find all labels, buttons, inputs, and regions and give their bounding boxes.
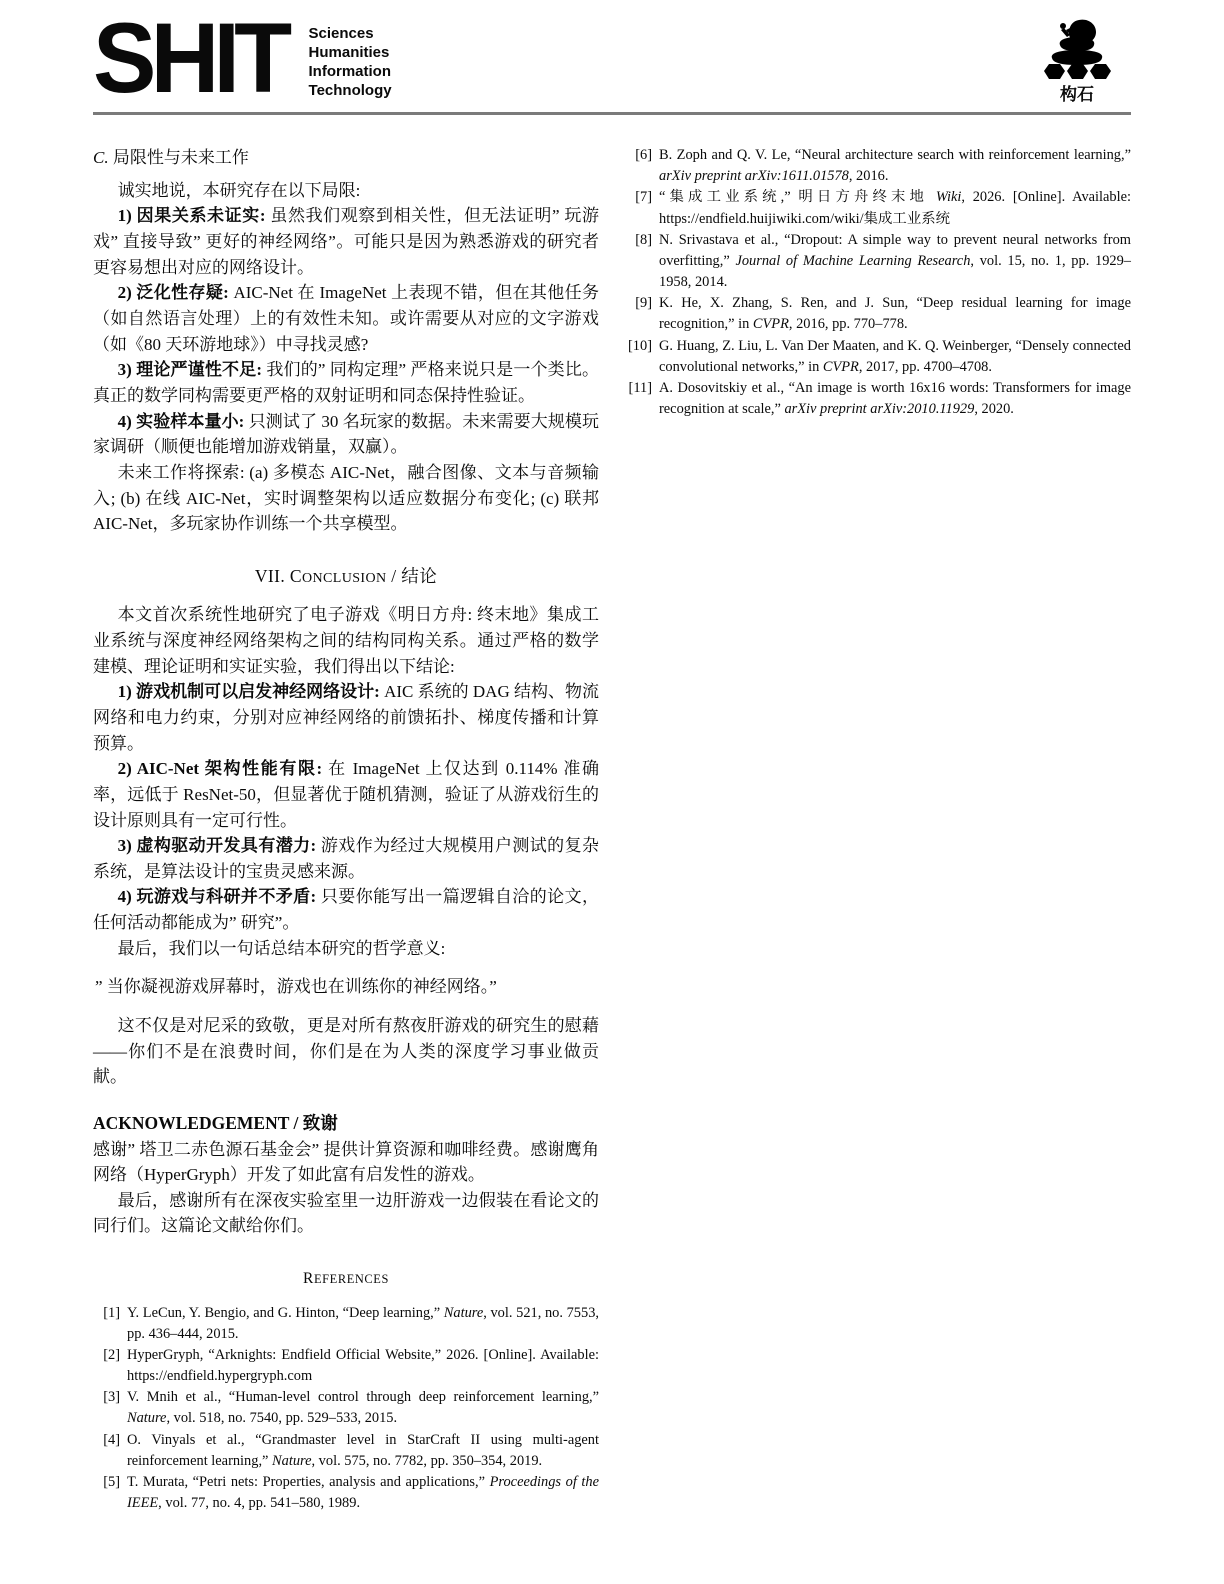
reference-item: [5] T. Murata, “Petri nets: Properties, … bbox=[93, 1472, 599, 1514]
paper-page: SHIT Sciences Humanities Information Tec… bbox=[0, 0, 1224, 1584]
reference-number: [4] bbox=[93, 1430, 127, 1472]
logo-subtitle-line: Technology bbox=[309, 81, 392, 100]
reference-number: [2] bbox=[93, 1345, 127, 1387]
reference-item: [7] “集成工业系统,” 明日方舟终末地 Wiki, 2026. [Onlin… bbox=[625, 187, 1131, 229]
reference-list-left: [1] Y. LeCun, Y. Bengio, and G. Hinton, … bbox=[93, 1303, 599, 1515]
paragraph: 2) AIC-Net 架构性能有限: 在 ImageNet 上仅达到 0.114… bbox=[93, 756, 599, 833]
reference-text: “集成工业系统,” 明日方舟终末地 Wiki, 2026. [Online]. … bbox=[659, 187, 1131, 229]
paragraph: 这不仅是对尼采的致敬，更是对所有熬夜肝游戏的研究生的慰藉——你们不是在浪费时间，… bbox=[93, 1013, 599, 1090]
paragraph: 4) 玩游戏与科研并不矛盾: 只要你能写出一篇逻辑自洽的论文，任何活动都能成为”… bbox=[93, 884, 599, 935]
paragraph: 感谢” 塔卫二赤色源石基金会” 提供计算资源和咖啡经费。感谢鹰角网络（Hyper… bbox=[93, 1137, 599, 1188]
reference-number: [6] bbox=[625, 145, 659, 187]
reference-list-right: [6] B. Zoph and Q. V. Le, “Neural archit… bbox=[625, 145, 1131, 420]
right-column: [6] B. Zoph and Q. V. Le, “Neural archit… bbox=[625, 145, 1131, 1514]
reference-number: [8] bbox=[625, 230, 659, 294]
reference-item: [1] Y. LeCun, Y. Bengio, and G. Hinton, … bbox=[93, 1303, 599, 1345]
paragraph: 1) 游戏机制可以启发神经网络设计: AIC 系统的 DAG 结构、物流网络和电… bbox=[93, 679, 599, 756]
reference-text: K. He, X. Zhang, S. Ren, and J. Sun, “De… bbox=[659, 293, 1131, 335]
reference-item: [6] B. Zoph and Q. V. Le, “Neural archit… bbox=[625, 145, 1131, 187]
logo-subtitle-line: Humanities bbox=[309, 43, 392, 62]
reference-text: V. Mnih et al., “Human-level control thr… bbox=[127, 1387, 599, 1429]
paragraph: 最后，我们以一句话总结本研究的哲学意义: bbox=[93, 936, 599, 962]
reference-text: A. Dosovitskiy et al., “An image is wort… bbox=[659, 378, 1131, 420]
rock-pile-icon bbox=[1034, 18, 1120, 84]
reference-number: [1] bbox=[93, 1303, 127, 1345]
paragraph: 最后，感谢所有在深夜实验室里一边肝游戏一边假装在看论文的同行们。这篇论文献给你们… bbox=[93, 1188, 599, 1239]
paragraph: 3) 虚构驱动开发具有潜力: 游戏作为经过大规模用户测试的复杂系统，是算法设计的… bbox=[93, 833, 599, 884]
reference-item: [9] K. He, X. Zhang, S. Ren, and J. Sun,… bbox=[625, 293, 1131, 335]
reference-number: [5] bbox=[93, 1472, 127, 1514]
reference-text: B. Zoph and Q. V. Le, “Neural architectu… bbox=[659, 145, 1131, 187]
publisher-badge: 构石 bbox=[1034, 18, 1120, 104]
section-heading-conclusion: VII. CONCLUSION / 结论 bbox=[93, 563, 599, 589]
paragraph: 本文首次系统性地研究了电子游戏《明日方舟: 终末地》集成工业系统与深度神经网络架… bbox=[93, 602, 599, 679]
reference-number: [11] bbox=[625, 378, 659, 420]
page-header: SHIT Sciences Humanities Information Tec… bbox=[0, 0, 1224, 104]
paragraph: 诚实地说，本研究存在以下局限: bbox=[93, 178, 599, 204]
reference-text: G. Huang, Z. Liu, L. Van Der Maaten, and… bbox=[659, 336, 1131, 378]
left-column: C. 局限性与未来工作 诚实地说，本研究存在以下局限: 1) 因果关系未证实: … bbox=[93, 145, 599, 1514]
references-heading: REFERENCES bbox=[93, 1267, 599, 1290]
two-column-body: C. 局限性与未来工作 诚实地说，本研究存在以下局限: 1) 因果关系未证实: … bbox=[0, 115, 1224, 1514]
reference-item: [8] N. Srivastava et al., “Dropout: A si… bbox=[625, 230, 1131, 294]
paragraph: 3) 理论严谨性不足: 我们的” 同构定理” 严格来说只是一个类比。真正的数学同… bbox=[93, 357, 599, 408]
reference-item: [3] V. Mnih et al., “Human-level control… bbox=[93, 1387, 599, 1429]
reference-item: [4] O. Vinyals et al., “Grandmaster leve… bbox=[93, 1430, 599, 1472]
paragraph: 2) 泛化性存疑: AIC-Net 在 ImageNet 上表现不错，但在其他任… bbox=[93, 280, 599, 357]
reference-number: [3] bbox=[93, 1387, 127, 1429]
reference-number: [9] bbox=[625, 293, 659, 335]
reference-item: [10] G. Huang, Z. Liu, L. Van Der Maaten… bbox=[625, 336, 1131, 378]
reference-item: [11] A. Dosovitskiy et al., “An image is… bbox=[625, 378, 1131, 420]
paragraph: 4) 实验样本量小: 只测试了 30 名玩家的数据。未来需要大规模玩家调研（顺便… bbox=[93, 409, 599, 460]
subsection-heading-limitations: C. 局限性与未来工作 bbox=[93, 145, 599, 171]
reference-number: [10] bbox=[625, 336, 659, 378]
reference-text: N. Srivastava et al., “Dropout: A simple… bbox=[659, 230, 1131, 294]
badge-label: 构石 bbox=[1034, 85, 1120, 104]
philosophy-quote: ” 当你凝视游戏屏幕时，游戏也在训练你的神经网络。” bbox=[93, 974, 599, 1000]
reference-number: [7] bbox=[625, 187, 659, 229]
reference-text: T. Murata, “Petri nets: Properties, anal… bbox=[127, 1472, 599, 1514]
reference-item: [2] HyperGryph, “Arknights: Endfield Off… bbox=[93, 1345, 599, 1387]
paragraph: 1) 因果关系未证实: 虽然我们观察到相关性，但无法证明” 玩游戏” 直接导致”… bbox=[93, 203, 599, 280]
reference-text: Y. LeCun, Y. Bengio, and G. Hinton, “Dee… bbox=[127, 1303, 599, 1345]
journal-logo: SHIT Sciences Humanities Information Tec… bbox=[93, 20, 392, 100]
reference-text: O. Vinyals et al., “Grandmaster level in… bbox=[127, 1430, 599, 1472]
logo-wordmark: SHIT bbox=[93, 20, 286, 95]
logo-subtitle-line: Information bbox=[309, 62, 392, 81]
logo-subtitle-line: Sciences bbox=[309, 24, 392, 43]
reference-text: HyperGryph, “Arknights: Endfield Officia… bbox=[127, 1345, 599, 1387]
paragraph: 未来工作将探索: (a) 多模态 AIC-Net，融合图像、文本与音频输入; (… bbox=[93, 460, 599, 537]
acknowledgement-heading: ACKNOWLEDGEMENT / 致谢 bbox=[93, 1110, 599, 1136]
logo-subtitle: Sciences Humanities Information Technolo… bbox=[309, 24, 392, 100]
